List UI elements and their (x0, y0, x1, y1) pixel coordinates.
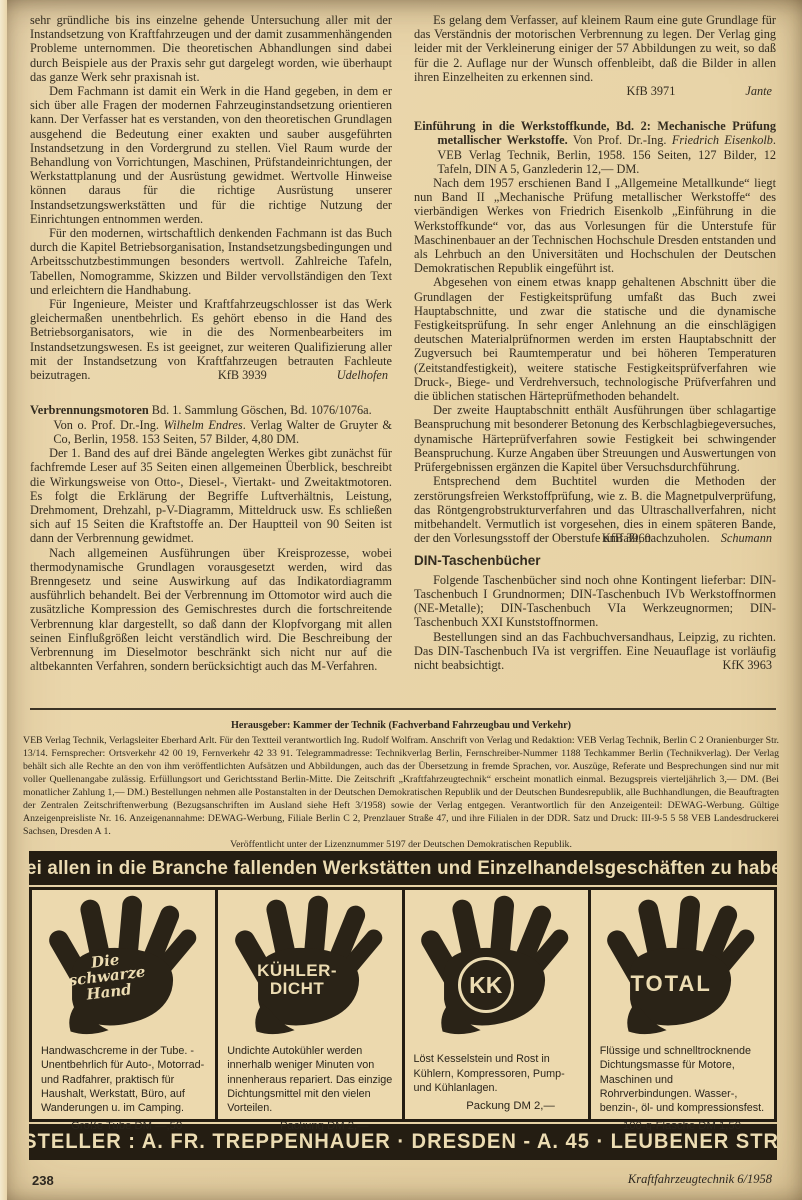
product-caption: Löst Kesselstein und Rost in Kühlern, Ko… (414, 1052, 579, 1095)
biblio-author: Friedrich Eisenkolb (672, 133, 773, 147)
brand-total: TOTAL (612, 971, 730, 997)
text-columns: sehr gründliche bis ins einzelne gehende… (30, 13, 776, 673)
biblio-author: Wilhelm Endres (164, 418, 243, 432)
biblio-pre: Von o. Prof. Dr.-Ing. (53, 418, 163, 432)
imprint-title: Herausgeber: Kammer der Technik (Fachver… (23, 719, 779, 732)
product-cards: Die schwarze Hand Handwaschcreme in der … (29, 887, 777, 1122)
paragraph: sehr gründliche bis ins einzelne gehende… (30, 13, 392, 84)
journal-footer: Kraftfahrzeugtechnik 6/1958 (628, 1172, 772, 1187)
product-card-schwarze-hand: Die schwarze Hand Handwaschcreme in der … (32, 890, 218, 1119)
product-card-kuehler-dicht: KÜHLER- DICHT Undichte Autokühler werden… (218, 890, 404, 1119)
book-biblio: Von o. Prof. Dr.-Ing. Wilhelm Endres. Ve… (30, 418, 392, 446)
paragraph: Es gelang dem Verfasser, auf kleinem Rau… (414, 13, 776, 84)
book-title: Verbrennungsmotoren Bd. 1. Sammlung Gösc… (30, 403, 392, 417)
brand-line: DICHT (246, 980, 348, 998)
imprint-body: VEB Verlag Technik, Verlagsleiter Eberha… (23, 734, 779, 838)
hand-icon (602, 894, 762, 1044)
paragraph: Der 1. Band des auf drei Bände angelegte… (30, 446, 392, 545)
review-code: KfB 3939 (218, 368, 267, 382)
hand-illustration: KÜHLER- DICHT (230, 894, 390, 1044)
product-card-kk: KK Löst Kesselstein und Rost in Kühlern,… (405, 890, 591, 1119)
brand-kk: KK (458, 957, 514, 1013)
journal-page: sehr gründliche bis ins einzelne gehende… (0, 0, 802, 1200)
product-caption: Flüssige und schnelltrocknende Dichtungs… (600, 1044, 765, 1115)
reviewer-name: Jante (745, 84, 772, 98)
book-title-rest: Bd. 1. Sammlung Göschen, Bd. 1076/1076a. (149, 403, 372, 417)
product-card-total: TOTAL Flüssige und schnelltrocknende Dic… (591, 890, 774, 1119)
advertisement: Bei allen in die Branche fallenden Werks… (29, 851, 777, 1160)
reviewer-name: Schumann (721, 531, 772, 545)
brand-line: KÜHLER- (246, 962, 348, 980)
section-heading-din: DIN-Taschenbücher (414, 554, 776, 568)
hand-illustration: Die schwarze Hand (44, 894, 204, 1044)
review-code: KfB 3971 (627, 84, 676, 98)
review-code: KfB 3960 (602, 531, 651, 545)
product-price: Packung DM 2,— (414, 1100, 579, 1112)
hand-illustration: KK (416, 894, 576, 1044)
hand-illustration: TOTAL (602, 894, 762, 1044)
book-title-bold: Verbrennungsmotoren (30, 403, 149, 417)
right-column: Es gelang dem Verfasser, auf kleinem Rau… (414, 13, 776, 673)
product-caption: Handwaschcreme in der Tube. - Unentbehrl… (41, 1044, 206, 1115)
paragraph: Nach dem 1957 erschienen Band I „Allgeme… (414, 176, 776, 275)
manufacturer-banner: HERSTELLER : A. FR. TREPPENHAUER · DRESD… (29, 1124, 777, 1160)
paragraph: Für den modernen, wirtschaftlich denkend… (30, 226, 392, 297)
book-entry: Einführung in die Werkstoffkunde, Bd. 2:… (414, 119, 776, 176)
paragraph: Dem Fachmann ist damit ein Werk in die H… (30, 84, 392, 226)
brand-text: KK (469, 972, 502, 999)
book-entry: Verbrennungsmotoren Bd. 1. Sammlung Gösc… (30, 403, 392, 446)
paragraph: Nach allgemeinen Ausführungen über Kreis… (30, 546, 392, 674)
brand-kuehler-dicht: KÜHLER- DICHT (246, 962, 348, 999)
paragraph: Folgende Taschenbücher sind noch ohne Ko… (414, 573, 776, 630)
page-number: 238 (32, 1173, 54, 1188)
ad-banner: Bei allen in die Branche fallenden Werks… (29, 851, 777, 885)
paragraph: Der zweite Hauptabschnitt enthält Ausfüh… (414, 403, 776, 474)
horizontal-rule (30, 708, 776, 710)
left-column: sehr gründliche bis ins einzelne gehende… (30, 13, 392, 673)
manufacturer-text: HERSTELLER : A. FR. TREPPENHAUER · DRESD… (29, 1130, 777, 1154)
reviewer-name: Udelhofen (337, 368, 388, 382)
imprint-block: Herausgeber: Kammer der Technik (Fachver… (23, 719, 779, 851)
paragraph: Abgesehen von einem etwas knapp gehalten… (414, 275, 776, 403)
biblio-pre: Von Prof. Dr.-Ing. (568, 133, 672, 147)
product-caption: Undichte Autokühler werden innerhalb wen… (227, 1044, 392, 1115)
review-code: KfK 3963 (722, 658, 772, 672)
review-signature: KfB 3971Jante (414, 84, 776, 98)
imprint-license: Veröffentlicht unter der Lizenznummer 51… (23, 838, 779, 851)
ad-banner-text: Bei allen in die Branche fallenden Werks… (29, 857, 777, 880)
